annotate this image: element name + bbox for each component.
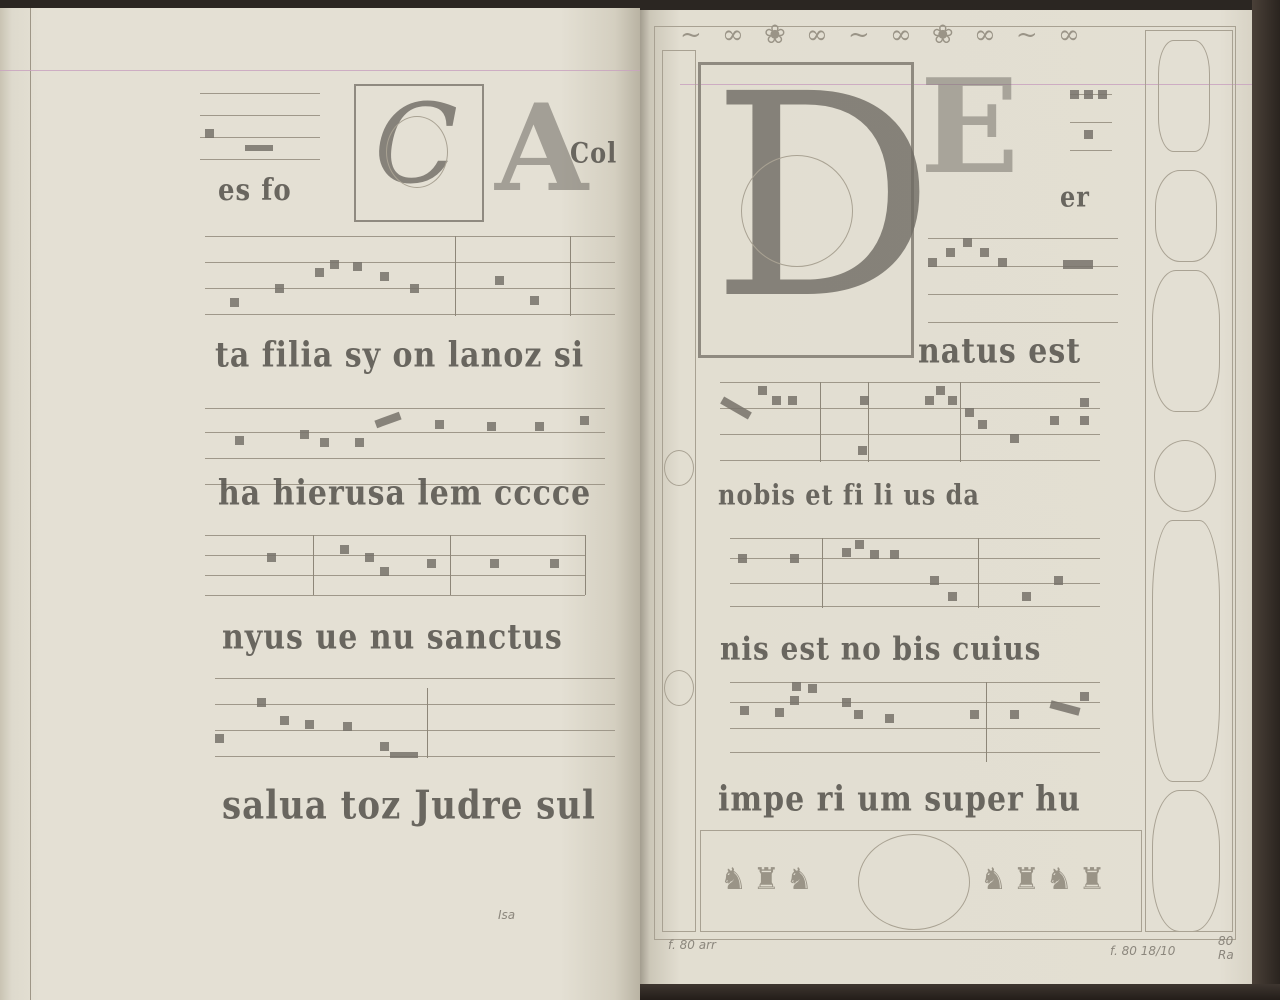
incipit-right: Col [570, 136, 617, 169]
lyric-line-2: nobis et fi li us da [718, 478, 980, 511]
sketchbook: es fo C A Col ta filia sy on lanoz si [0, 0, 1280, 1000]
initial-scene [741, 155, 853, 267]
foliation-label: 80 [1218, 934, 1233, 948]
staff-2 [205, 236, 615, 316]
initial-ornament [386, 116, 448, 188]
lyric-line-3: nyus ue nu sanctus [222, 617, 563, 657]
lyric-line-1: natus est [918, 331, 1081, 371]
staff-1 [928, 238, 1118, 322]
staff-3 [730, 538, 1100, 608]
initial-frame: D [698, 62, 914, 358]
foliation-label: f. 80 [668, 938, 695, 952]
urn-ornament [1155, 170, 1217, 262]
lyric-line-3: nis est no bis cuius [720, 630, 1041, 668]
staff-mini [1070, 94, 1112, 150]
dancing-figures-left: ♞♜♞ [720, 862, 850, 902]
candelabrum-ornament [1152, 520, 1220, 782]
dancing-figures-right: ♞♜♞♜ [980, 862, 1130, 902]
book-bottom-edge [640, 984, 1280, 1000]
flourished-initial: E [920, 50, 1019, 203]
left-page: es fo C A Col ta filia sy on lanoz si [0, 8, 640, 1000]
foliation-note: f. 80 18/10 [1110, 944, 1175, 958]
bottom-medallion [858, 834, 970, 930]
right-page: ~ ∞ ❀ ∞ ~ ∞ ❀ ∞ ~ ∞ ♞♜♞ ♞♜♞♜ D E er [640, 10, 1252, 986]
foliation-label: f. 80 [1110, 944, 1137, 958]
margin-line [30, 8, 31, 1000]
foliation-sub: Ra [1218, 948, 1234, 962]
lyric-line-4: salua toz Judre sul [222, 783, 596, 829]
staff-1 [200, 93, 320, 163]
incipit-text: es fo [218, 174, 292, 209]
lyric-line-1: ta filia sy on lanoz si [215, 335, 584, 375]
foliation-note: f. 80 arr [668, 938, 716, 952]
vase-ornament [1158, 40, 1210, 152]
incipit-text: er [1060, 180, 1090, 213]
book-cover-edge [1252, 0, 1280, 1000]
left-border-ornament [664, 450, 694, 486]
foliation-note: 80 Ra [1218, 934, 1252, 962]
left-border-ornament [664, 670, 694, 706]
initial-frame: C [354, 84, 484, 222]
scroll-ornament [1152, 270, 1220, 412]
lyric-line-2: ha hierusa lem cccce [218, 473, 591, 513]
foliation-sub: 18/10 [1141, 944, 1176, 958]
lyric-line-4: impe ri um super hu [718, 779, 1081, 819]
staff-4 [205, 535, 585, 595]
staff-2 [720, 382, 1100, 462]
foliation-sub: arr [699, 938, 716, 952]
staff-4 [730, 682, 1100, 762]
left-border-strip [662, 50, 696, 932]
staff-5 [215, 678, 615, 758]
cherub-ornament [1152, 790, 1220, 932]
page-note: Isa [498, 908, 515, 922]
pink-rule [0, 70, 640, 71]
medallion-figure [1154, 440, 1216, 512]
